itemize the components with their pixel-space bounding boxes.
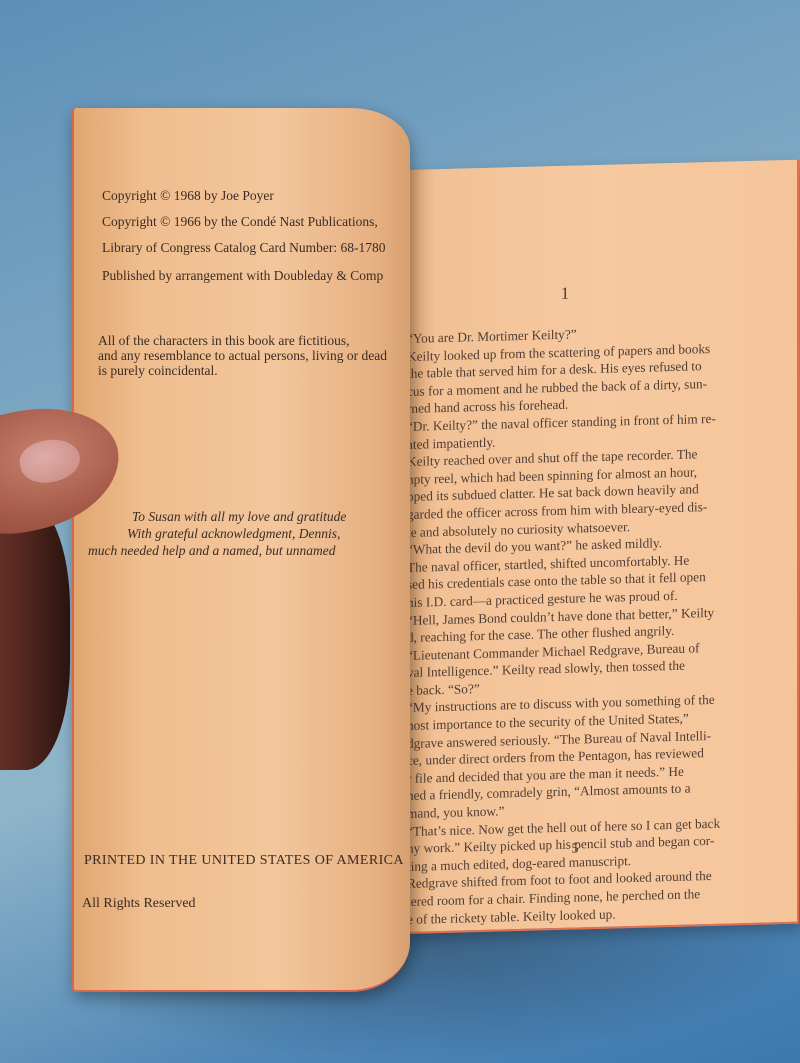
dedication-line: With grateful acknowledgment, Dennis,: [127, 525, 346, 542]
disclaimer-line: and any resemblance to actual persons, l…: [98, 348, 387, 363]
fiction-disclaimer: All of the characters in this book are f…: [98, 333, 387, 378]
publication-arrangement: Published by arrangement with Doubleday …: [102, 268, 383, 284]
copyright-author: Copyright © 1968 by Joe Poyer: [102, 188, 274, 204]
rights-notice: All Rights Reserved: [82, 896, 196, 912]
disclaimer-line: is purely coincidental.: [98, 363, 387, 378]
right-page: 1 “You are Dr. Mortimer Keilty?”Keilty l…: [405, 160, 799, 934]
chapter-body-text: “You are Dr. Mortimer Keilty?”Keilty loo…: [407, 320, 787, 928]
left-page: Copyright © 1968 by Joe Poyer Copyright …: [72, 108, 410, 992]
chapter-number: 1: [555, 284, 575, 305]
dedication: To Susan with all my love and gratitude …: [132, 508, 346, 559]
catalog-card-number: Library of Congress Catalog Card Number:…: [102, 240, 385, 256]
dedication-line: much needed help and a named, but unname…: [88, 542, 346, 559]
page-number: 5: [565, 841, 585, 858]
printed-in-notice: PRINTED IN THE UNITED STATES OF AMERICA: [84, 853, 404, 869]
dedication-line: To Susan with all my love and gratitude: [132, 508, 346, 525]
disclaimer-line: All of the characters in this book are f…: [98, 333, 387, 348]
hand: [0, 500, 70, 770]
copyright-publisher: Copyright © 1966 by the Condé Nast Publi…: [102, 214, 378, 230]
